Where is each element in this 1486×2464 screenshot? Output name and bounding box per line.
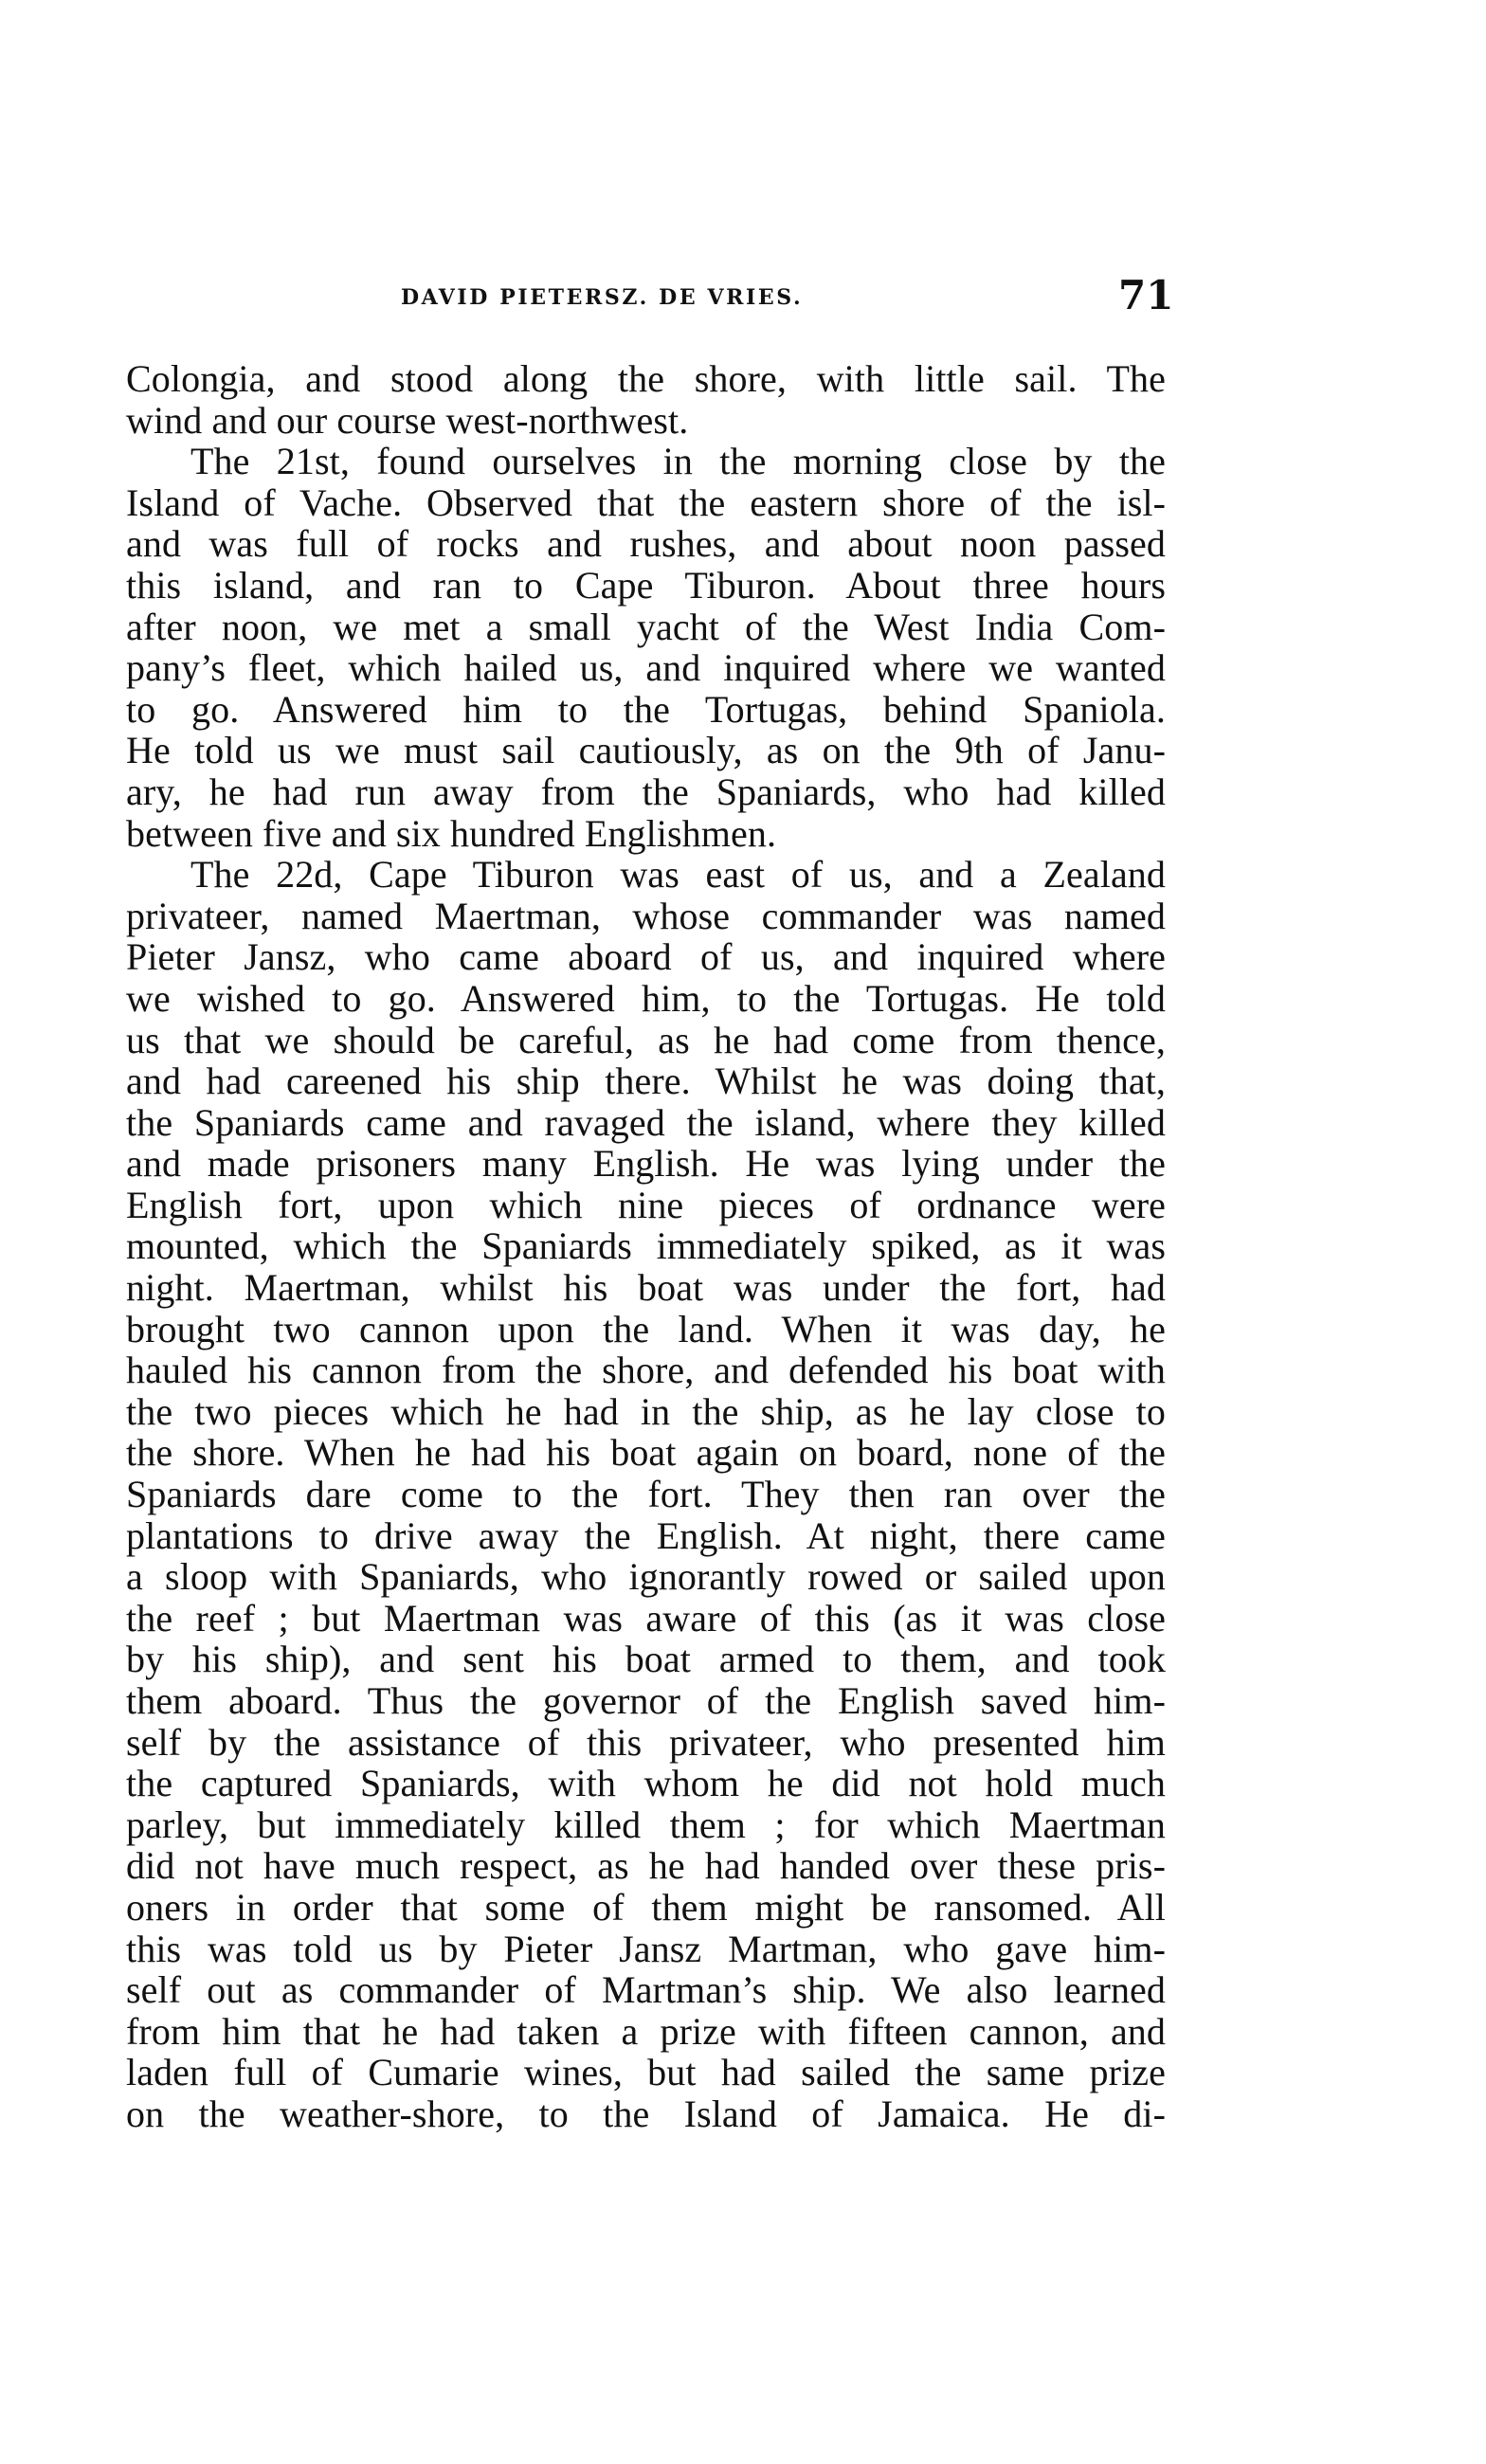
text-line: wind and our course west-northwest. <box>126 400 1166 442</box>
text-line: ary, he had run away from the Spaniards,… <box>126 771 1166 813</box>
text-line: a sloop with Spaniards, who ignorantly r… <box>126 1556 1166 1598</box>
text-line: on the weather-shore, to the Island of J… <box>126 2093 1166 2135</box>
text-line: plantations to drive away the English. A… <box>126 1515 1166 1557</box>
text-line: The 21st, found ourselves in the morning… <box>126 441 1166 482</box>
text-line: mounted, which the Spaniards immediately… <box>126 1225 1166 1267</box>
body-text: Colongia, and stood along the shore, wit… <box>126 358 1166 2135</box>
text-line: privateer, named Maertman, whose command… <box>126 896 1166 937</box>
text-line: oners in order that some of them might b… <box>126 1887 1166 1929</box>
text-line: the shore. When he had his boat again on… <box>126 1432 1166 1474</box>
text-line: self by the assistance of this privateer… <box>126 1722 1166 1764</box>
text-line: did not have much respect, as he had han… <box>126 1845 1166 1887</box>
text-line: this was told us by Pieter Jansz Martman… <box>126 1929 1166 1970</box>
text-line: Colongia, and stood along the shore, wit… <box>126 358 1166 400</box>
running-title: DAVID PIETERSZ. DE VRIES. <box>401 284 894 311</box>
text-line: Spaniards dare come to the fort. They th… <box>126 1474 1166 1515</box>
text-line: and had careened his ship there. Whilst … <box>126 1060 1166 1102</box>
text-line: laden full of Cumarie wines, but had sai… <box>126 2052 1166 2093</box>
book-page: DAVID PIETERSZ. DE VRIES. 71 Colongia, a… <box>0 0 1486 2464</box>
text-line: hauled his cannon from the shore, and de… <box>126 1350 1166 1391</box>
page-number: 71 <box>1118 273 1168 318</box>
text-line: the two pieces which he had in the ship,… <box>126 1391 1166 1433</box>
text-line: between five and six hundred Englishmen. <box>126 813 1166 855</box>
text-line: the Spaniards came and ravaged the islan… <box>126 1102 1166 1144</box>
text-line: English fort, upon which nine pieces of … <box>126 1185 1166 1226</box>
text-line: pany’s fleet, which hailed us, and inqui… <box>126 647 1166 689</box>
text-line: the captured Spaniards, with whom he did… <box>126 1763 1166 1804</box>
text-line: to go. Answered him to the Tortugas, beh… <box>126 689 1166 731</box>
text-line: Pieter Jansz, who came aboard of us, and… <box>126 936 1166 978</box>
text-line: parley, but immediately killed them ; fo… <box>126 1804 1166 1846</box>
text-line: we wished to go. Answered him, to the To… <box>126 978 1166 1020</box>
text-line: after noon, we met a small yacht of the … <box>126 607 1166 648</box>
text-line: from him that he had taken a prize with … <box>126 2011 1166 2053</box>
text-line: and made prisoners many English. He was … <box>126 1143 1166 1185</box>
text-line: Island of Vache. Observed that the easte… <box>126 482 1166 524</box>
text-line: this island, and ran to Cape Tiburon. Ab… <box>126 565 1166 607</box>
text-line: brought two cannon upon the land. When i… <box>126 1309 1166 1350</box>
text-line: night. Maertman, whilst his boat was und… <box>126 1267 1166 1309</box>
text-line: and was full of rocks and rushes, and ab… <box>126 523 1166 565</box>
text-line: us that we should be careful, as he had … <box>126 1020 1166 1061</box>
text-line: the reef ; but Maertman was aware of thi… <box>126 1598 1166 1640</box>
text-line: The 22d, Cape Tiburon was east of us, an… <box>126 854 1166 896</box>
text-line: He told us we must sail cautiously, as o… <box>126 730 1166 771</box>
text-line: self out as commander of Martman’s ship.… <box>126 1969 1166 2011</box>
text-line: them aboard. Thus the governor of the En… <box>126 1680 1166 1722</box>
text-line: by his ship), and sent his boat armed to… <box>126 1639 1166 1680</box>
